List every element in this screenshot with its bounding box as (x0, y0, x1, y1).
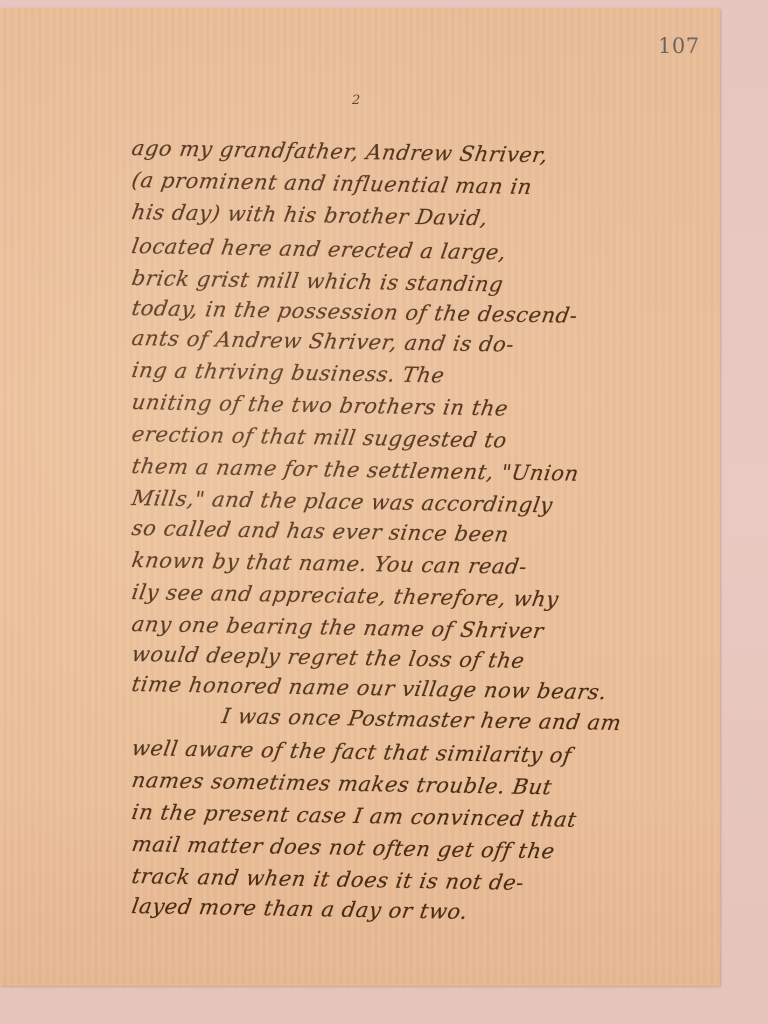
letter-line: ants of Andrew Shriver, and is do- (130, 326, 516, 357)
letter-line: located here and erected a large, (130, 234, 508, 264)
letter-line: uniting of the two brothers in the (130, 390, 510, 421)
letter-line: well aware of the fact that similarity o… (130, 736, 573, 768)
letter-line: brick grist mill which is standing (130, 266, 505, 296)
letter-line: erection of that mill suggested to (130, 422, 509, 452)
letter-line-paragraph-start: I was once Postmaster here and am (220, 704, 623, 735)
letter-line: them a name for the settlement, "Union (130, 454, 581, 486)
letter-line: his day) with his brother David, (130, 200, 490, 230)
letter-line: names sometimes makes trouble. But (130, 768, 554, 799)
letter-page: 107 2 ago my grandfather, Andrew Shriver… (0, 8, 720, 986)
letter-line: ago my grandfather, Andrew Shriver, (130, 136, 550, 167)
letter-line: (a prominent and influential man in (130, 168, 534, 199)
letter-line: Mills," and the place was accordingly (130, 486, 555, 517)
letter-line: in the present case I am convinced that (130, 800, 578, 832)
letter-line: known by that name. You can read- (130, 548, 529, 579)
letter-line: ily see and appreciate, therefore, why (130, 580, 561, 611)
archive-page-number: 107 (658, 34, 700, 58)
letter-line: today, in the possession of the descend- (130, 296, 579, 328)
letter-line: track and when it does it is not de- (130, 864, 526, 895)
letter-line: time honored name our village now bears. (130, 672, 609, 704)
letter-line: so called and has ever since been (130, 516, 511, 547)
letter-line: layed more than a day or two. (130, 894, 470, 924)
letter-line: any one bearing the name of Shriver (130, 612, 546, 643)
letter-line: would deeply regret the loss of the (130, 642, 526, 673)
handwritten-page-marker: 2 (352, 93, 360, 108)
letter-line: mail matter does not often get off the (130, 832, 556, 863)
letter-line: ing a thriving business. The (130, 358, 446, 387)
